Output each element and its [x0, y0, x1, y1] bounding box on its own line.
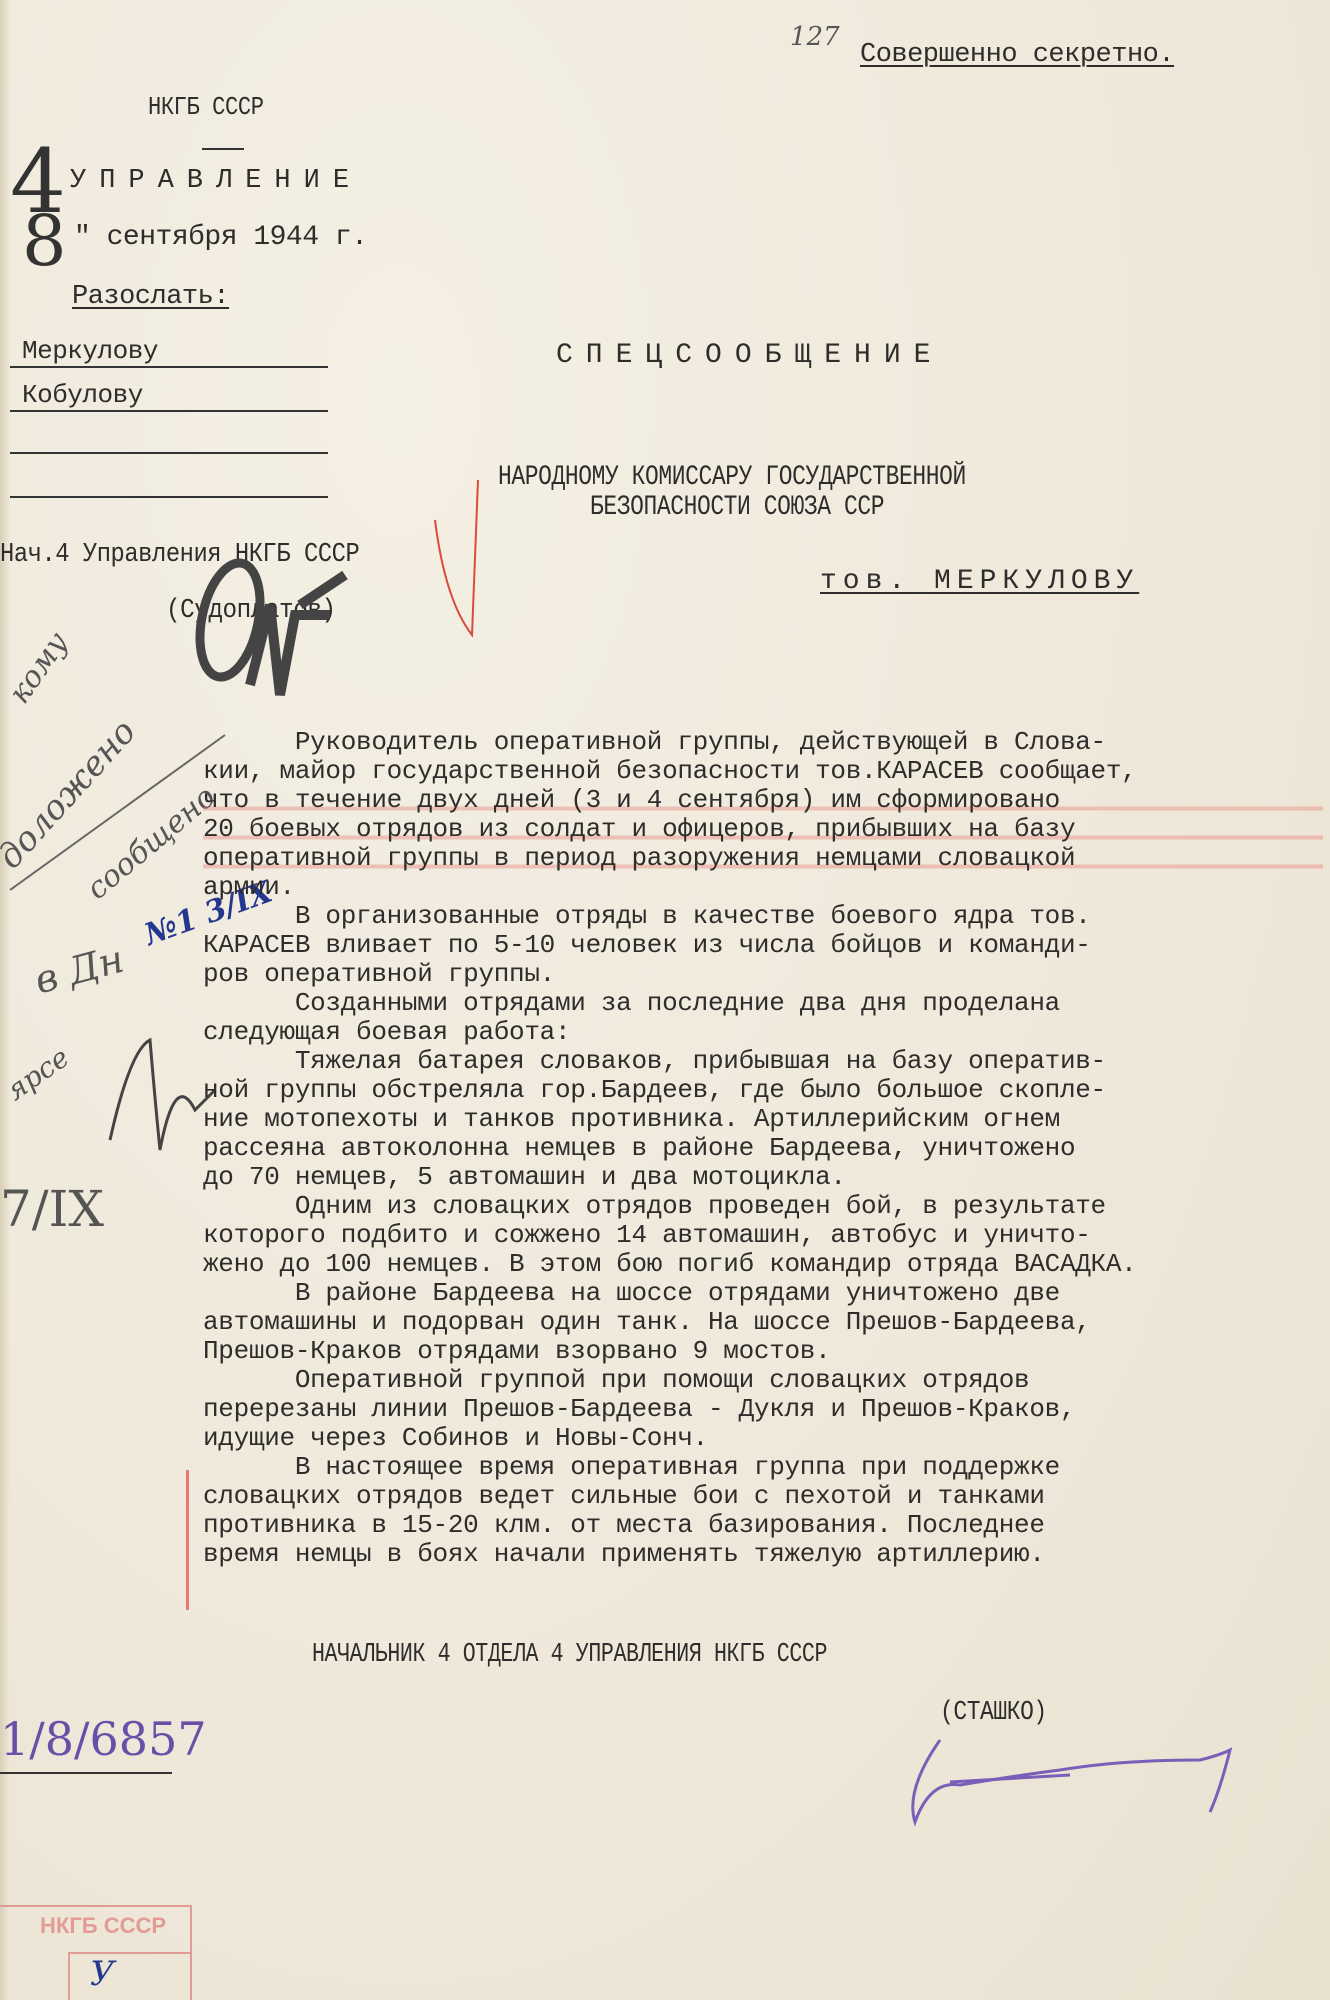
body-line: Тяжелая батарея словаков, прибывшая на б… — [203, 1047, 1323, 1076]
side-note-date: 7/IX — [0, 1180, 104, 1238]
body-line: до 70 немцев, 5 автомашин и два мотоцикл… — [203, 1163, 1323, 1192]
handwritten-date-day: 8 — [22, 200, 67, 282]
body-line: автомашины и подорван один танк. На шосс… — [203, 1308, 1323, 1337]
directorate-label: УПРАВЛЕНИЕ — [70, 166, 362, 196]
body-line: перерезаны линии Прешов-Бардеева - Дукля… — [203, 1395, 1323, 1424]
archive-stamp: НКГБ СССР У — [0, 1905, 192, 2000]
registration-number: 1/8/6857 — [0, 1712, 207, 1766]
body-line: что в течение двух дней (3 и 4 сентября)… — [203, 786, 1323, 815]
body-line: В настоящее время оперативная группа при… — [203, 1453, 1323, 1482]
handwritten-signature — [900, 1730, 1240, 1830]
body-line: Оперативной группой при помощи словацких… — [203, 1366, 1323, 1395]
message-body: Руководитель оперативной группы, действу… — [203, 728, 1323, 1569]
body-line: Одним из словацких отрядов проведен бой,… — [203, 1192, 1323, 1221]
body-line: КАРАСЕВ вливает по 5-10 человек из числа… — [203, 931, 1323, 960]
distribution-line — [10, 410, 328, 412]
body-line: ние мотопехоты и танков противника. Арти… — [203, 1105, 1323, 1134]
body-line: армии. — [203, 873, 1323, 902]
addressee-name: тов. МЕРКУЛОВУ — [820, 566, 1139, 597]
body-line: жено до 100 немцев. В этом бою погиб ком… — [203, 1250, 1323, 1279]
document-title: СПЕЦСООБЩЕНИЕ — [556, 340, 943, 371]
margin-note: в Дн — [30, 937, 128, 1003]
body-line: противника в 15-20 клм. от места базиров… — [203, 1511, 1323, 1540]
stamp-text: НКГБ СССР — [40, 1913, 166, 1939]
body-line: Созданными отрядами за последние два дня… — [203, 989, 1323, 1018]
body-line: оперативной группы в период разоружения … — [203, 844, 1323, 873]
body-line: В организованные отряды в качестве боево… — [203, 902, 1323, 931]
stamp-inner-box: У — [68, 1952, 190, 2000]
distribution-line — [10, 366, 328, 368]
body-line: рассеяна автоколонна немцев в районе Бар… — [203, 1134, 1323, 1163]
header-divider — [202, 148, 244, 150]
stamp-handwritten-mark: У — [90, 1954, 115, 1994]
registration-underline — [0, 1772, 172, 1774]
resolution-initials-scribble — [180, 545, 360, 715]
distribution-item: Меркулову — [22, 336, 158, 366]
archive-number: 127 — [790, 22, 840, 52]
signature-name: (СТАШКО) — [940, 1698, 1047, 1728]
red-margin-mark — [186, 1470, 189, 1610]
distribution-line — [10, 496, 328, 498]
addressee-line-2: БЕЗОПАСНОСТИ СОЮЗА ССР — [590, 492, 884, 523]
body-line: кии, майор государственной безопасности … — [203, 757, 1323, 786]
body-line: словацких отрядов ведет сильные бои с пе… — [203, 1482, 1323, 1511]
margin-note: ярсе — [0, 1041, 75, 1107]
paper-edge — [0, 0, 10, 2000]
margin-signature-scribble — [100, 1030, 220, 1160]
body-line: ров оперативной группы. — [203, 960, 1323, 989]
classification-label: Совершенно секретно. — [860, 40, 1174, 70]
distribution-line — [10, 452, 328, 454]
date-text: " сентября 1944 г. — [74, 222, 367, 253]
addressee-line-1: НАРОДНОМУ КОМИССАРУ ГОСУДАРСТВЕННОЙ — [498, 462, 966, 493]
body-line: следующая боевая работа: — [203, 1018, 1323, 1047]
distribute-label: Разослать: — [72, 282, 229, 312]
distribution-item: Кобулову — [22, 380, 143, 410]
body-line: которого подбито и сожжено 14 автомашин,… — [203, 1221, 1323, 1250]
org-header: НКГБ СССР — [148, 92, 264, 122]
body-line: ной группы обстреляла гор.Бардеев, где б… — [203, 1076, 1323, 1105]
body-line: Руководитель оперативной группы, действу… — [203, 728, 1323, 757]
body-line: идущие через Собинов и Новы-Сонч. — [203, 1424, 1323, 1453]
signature-title: НАЧАЛЬНИК 4 ОТДЕЛА 4 УПРАВЛЕНИЯ НКГБ ССС… — [312, 1640, 827, 1670]
red-check-mark — [430, 480, 480, 650]
margin-note: кому — [2, 626, 76, 710]
body-line: 20 боевых отрядов из солдат и офицеров, … — [203, 815, 1323, 844]
body-line: В районе Бардеева на шоссе отрядами унич… — [203, 1279, 1323, 1308]
body-line: время немцы в боях начали применять тяже… — [203, 1540, 1323, 1569]
body-line: Прешов-Краков отрядами взорвано 9 мостов… — [203, 1337, 1323, 1366]
